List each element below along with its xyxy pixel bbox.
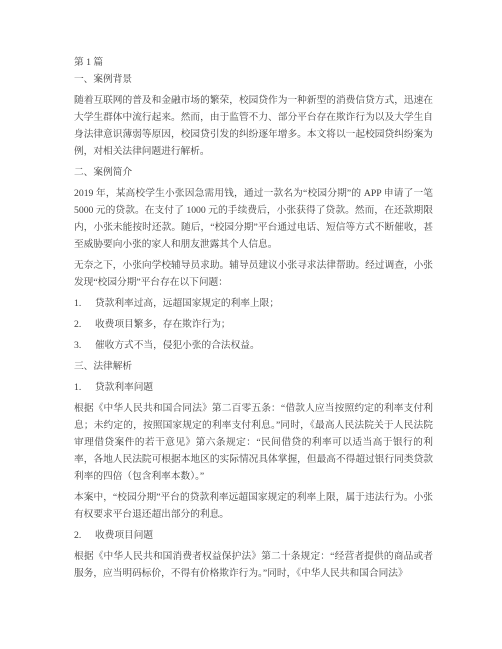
section-heading: 三、法律解析 xyxy=(74,358,433,375)
paragraph: 本案中，“校园分期”平台的贷款利率远超国家规定的利率上限，属于违法行为。小张有权… xyxy=(74,489,433,523)
paragraph: 根据《中华人民共和国合同法》第二百零五条：“借款人应当按照约定的利率支付利息；未… xyxy=(74,400,433,485)
document-page: 第 1 篇 一、案例背景随着互联网的普及和金融市场的繁荣，校园贷作为一种新型的消… xyxy=(74,54,433,582)
list-item-text: 收费项目问题 xyxy=(95,527,433,544)
list-number: 2. xyxy=(74,316,95,333)
list-number: 3. xyxy=(74,337,95,354)
list-item-text: 贷款利率过高，远超国家规定的利率上限； xyxy=(95,295,433,312)
document-body: 一、案例背景随着互联网的普及和金融市场的繁荣，校园贷作为一种新型的消费信贷方式，… xyxy=(74,71,433,582)
list-item-text: 催收方式不当，侵犯小张的合法权益。 xyxy=(95,337,433,354)
list-item: 2.收费项目问题 xyxy=(74,527,433,544)
list-number: 1. xyxy=(74,379,95,396)
list-item: 1.贷款利率问题 xyxy=(74,379,433,396)
paragraph: 根据《中华人民共和国消费者权益保护法》第二十条规定：“经营者提供的商品或者服务，… xyxy=(74,548,433,582)
list-item: 1.贷款利率过高，远超国家规定的利率上限； xyxy=(74,295,433,312)
paragraph: 无奈之下，小张向学校辅导员求助。辅导员建议小张寻求法律帮助。经过调查，小张发现“… xyxy=(74,257,433,291)
list-item: 2.收费项目繁多，存在欺诈行为； xyxy=(74,316,433,333)
list-item-text: 贷款利率问题 xyxy=(95,379,433,396)
list-item: 3.催收方式不当，侵犯小张的合法权益。 xyxy=(74,337,433,354)
paragraph: 2019 年，某高校学生小张因急需用钱，通过一款名为“校园分期”的 APP 申请… xyxy=(74,185,433,253)
section-heading: 二、案例简介 xyxy=(74,164,433,181)
list-number: 1. xyxy=(74,295,95,312)
document-title: 第 1 篇 xyxy=(74,54,433,71)
section-heading: 一、案例背景 xyxy=(74,71,433,88)
paragraph: 随着互联网的普及和金融市场的繁荣，校园贷作为一种新型的消费信贷方式，迅速在大学生… xyxy=(74,92,433,160)
list-number: 2. xyxy=(74,527,95,544)
list-item-text: 收费项目繁多，存在欺诈行为； xyxy=(95,316,433,333)
